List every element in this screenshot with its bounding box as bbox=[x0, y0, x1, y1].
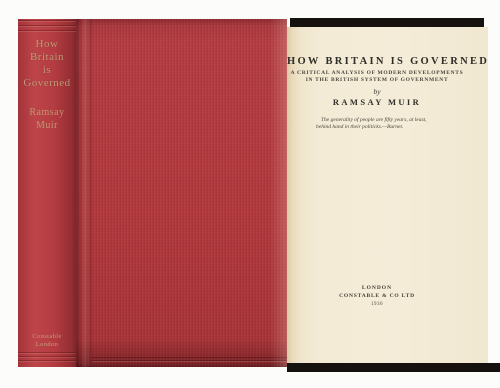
book-spine: How Britain is Governed Ramsay Muir Cons… bbox=[18, 19, 76, 367]
book-photograph: How Britain is Governed Ramsay Muir Cons… bbox=[0, 0, 500, 388]
spine-title-line: How bbox=[18, 38, 76, 51]
spine-title-line: Governed bbox=[18, 77, 76, 90]
book-subtitle-line: A CRITICAL ANALYSIS OF MODERN DEVELOPMEN… bbox=[287, 70, 467, 76]
byline: by bbox=[287, 87, 467, 96]
epigraph-quote: The generality of people are fifty years… bbox=[287, 117, 467, 130]
page-top-shadow bbox=[290, 18, 484, 27]
page-bottom-shadow bbox=[287, 363, 500, 372]
book-subtitle-line: IN THE BRITISH SYSTEM OF GOVERNMENT bbox=[287, 77, 467, 83]
spine-author-line: Ramsay bbox=[18, 106, 76, 119]
publisher-name: CONSTABLE & CO LTD bbox=[287, 293, 467, 299]
title-page-text-column: HOW BRITAIN IS GOVERNED A CRITICAL ANALY… bbox=[287, 27, 467, 363]
cover-fore-edge-highlight bbox=[270, 19, 287, 367]
publisher-city: LONDON bbox=[287, 285, 467, 291]
front-cover-board bbox=[92, 19, 287, 367]
spine-title: How Britain is Governed bbox=[18, 38, 76, 90]
spine-hinge-groove bbox=[76, 19, 92, 367]
spine-title-line: Britain bbox=[18, 51, 76, 64]
spine-author: Ramsay Muir bbox=[18, 106, 76, 132]
book-cover: How Britain is Governed Ramsay Muir Cons… bbox=[18, 19, 287, 367]
spine-title-line: is bbox=[18, 64, 76, 77]
author-name: RAMSAY MUIR bbox=[287, 97, 467, 107]
book-title: HOW BRITAIN IS GOVERNED bbox=[287, 56, 467, 67]
spine-author-line: Muir bbox=[18, 119, 76, 132]
epigraph-line: behind hand in their politicks.—Burnet. bbox=[316, 124, 438, 131]
spine-imprint-line: London bbox=[18, 341, 76, 349]
publication-year: 1930 bbox=[287, 302, 467, 307]
spine-tailband-ridges bbox=[18, 352, 76, 364]
spine-publisher-imprint: Constable London bbox=[18, 333, 76, 349]
spine-headband-ridges bbox=[18, 20, 76, 34]
epigraph-line: The generality of people are fifty years… bbox=[316, 117, 438, 124]
title-page: HOW BRITAIN IS GOVERNED A CRITICAL ANALY… bbox=[287, 27, 488, 363]
cover-bottom-groove bbox=[92, 357, 287, 358]
cover-bottom-groove bbox=[92, 360, 287, 361]
spine-imprint-line: Constable bbox=[18, 333, 76, 341]
